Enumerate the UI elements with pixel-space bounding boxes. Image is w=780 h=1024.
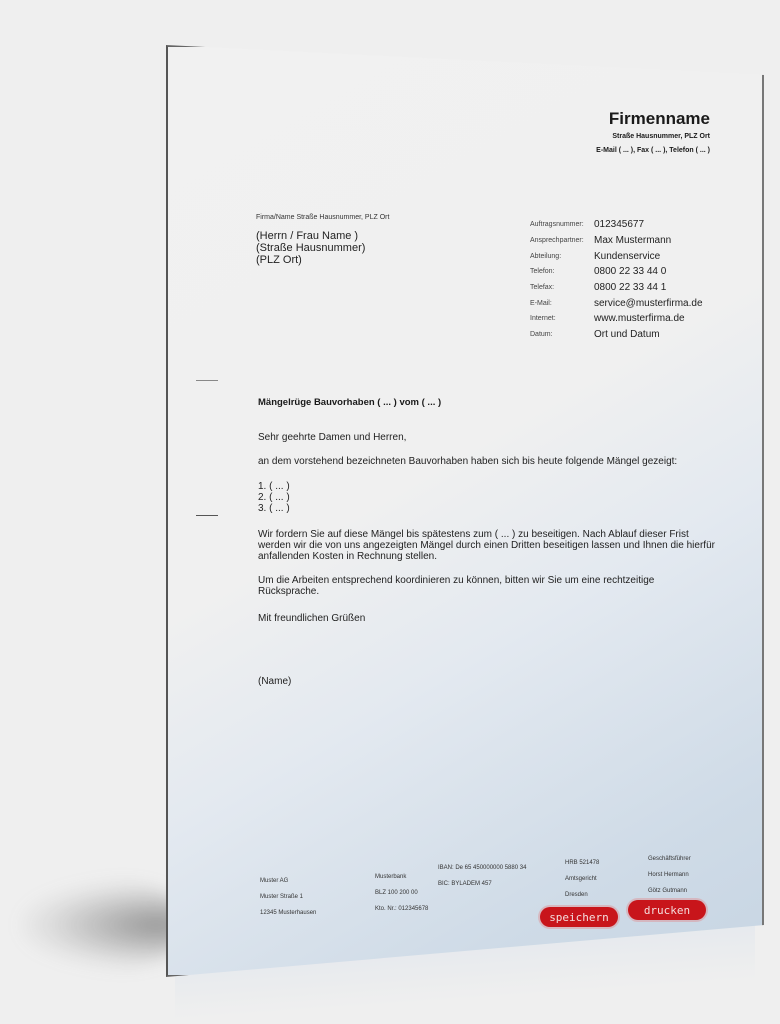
defect-item-1: 1. ( ... ): [258, 481, 290, 492]
footer-iban: IBAN: De 65 450000000 5880 34 BIC: BYLAD…: [438, 860, 526, 892]
footer-company-street: Muster Straße 1: [260, 889, 316, 905]
intro-paragraph: an dem vorstehend bezeichneten Bauvorhab…: [258, 456, 677, 467]
meta-row-website: Internet:www.musterfirma.de: [530, 311, 703, 327]
recipient-name: (Herrn / Frau Name ): [256, 230, 358, 242]
meta-value: 012345677: [594, 219, 644, 230]
fold-mark-top: [196, 380, 218, 381]
footer-company-name: Muster AG: [260, 873, 316, 889]
footer-bank: Musterbank BLZ 100 200 00 Kto. Nr.: 0123…: [375, 869, 428, 917]
meta-label: Datum:: [530, 331, 594, 338]
coordination-paragraph-line-1: Um die Arbeiten entsprechend koordiniere…: [258, 575, 654, 586]
footer-register: HRB 521478 Amtsgericht Dresden: [565, 855, 599, 903]
fold-mark-middle: [196, 515, 218, 516]
deadline-paragraph-line-2: werden wir die von uns angezeigten Mänge…: [258, 540, 715, 551]
letter-subject: Mängelrüge Bauvorhaben ( ... ) vom ( ...…: [258, 397, 441, 408]
meta-row-phone: Telefon:0800 22 33 44 0: [530, 264, 703, 280]
salutation: Sehr geehrte Damen und Herren,: [258, 432, 406, 443]
meta-row-department: Abteilung:Kundenservice: [530, 248, 703, 264]
meta-label: Internet:: [530, 315, 594, 322]
footer-management-label: Geschäftsführer: [648, 851, 691, 867]
recipient-city: (PLZ Ort): [256, 254, 302, 266]
meta-row-fax: Telefax:0800 22 33 44 1: [530, 280, 703, 296]
page-shadow: [20, 880, 190, 970]
meta-row-order-number: Auftragsnummer:012345677: [530, 217, 703, 233]
meta-label: Abteilung:: [530, 253, 594, 260]
footer-management: Geschäftsführer Horst Hermann Götz Gutma…: [648, 851, 691, 899]
meta-row-date: Datum:Ort und Datum: [530, 327, 703, 343]
footer-court-label: Amtsgericht: [565, 871, 599, 887]
signature-name: (Name): [258, 676, 291, 687]
coordination-paragraph-line-2: Rücksprache.: [258, 586, 319, 597]
letter-page: Firmenname Straße Hausnummer, PLZ Ort E-…: [166, 45, 764, 977]
footer-bank-code: BLZ 100 200 00: [375, 885, 428, 901]
meta-value: Ort und Datum: [594, 329, 660, 340]
deadline-paragraph-line-1: Wir fordern Sie auf diese Mängel bis spä…: [258, 529, 689, 540]
defect-item-2: 2. ( ... ): [258, 492, 290, 503]
company-contact: E-Mail ( ... ), Fax ( ... ), Telefon ( .…: [596, 147, 710, 154]
footer-court-city: Dresden: [565, 887, 599, 903]
recipient-street: (Straße Hausnummer): [256, 242, 365, 254]
stage: Firmenname Straße Hausnummer, PLZ Ort E-…: [0, 0, 780, 1024]
footer-company-city: 12345 Musterhausen: [260, 905, 316, 921]
footer-bank-name: Musterbank: [375, 869, 428, 885]
company-name: Firmenname: [609, 109, 710, 129]
meta-row-email: E-Mail:service@musterfirma.de: [530, 295, 703, 311]
footer-manager-1: Horst Hermann: [648, 867, 691, 883]
meta-value: 0800 22 33 44 1: [594, 282, 666, 293]
sender-line: Firma/Name Straße Hausnummer, PLZ Ort: [256, 214, 389, 221]
footer-account-number: Kto. Nr.: 012345678: [375, 901, 428, 917]
meta-label: Ansprechpartner:: [530, 237, 594, 244]
meta-value: Kundenservice: [594, 251, 660, 262]
meta-value: service@musterfirma.de: [594, 298, 703, 309]
footer-bic-value: BIC: BYLADEM 457: [438, 876, 526, 892]
footer-company: Muster AG Muster Straße 1 12345 Musterha…: [260, 873, 316, 921]
meta-label: Telefon:: [530, 268, 594, 275]
footer-manager-2: Götz Gutmann: [648, 883, 691, 899]
print-button[interactable]: drucken: [628, 900, 706, 920]
reference-block: Auftragsnummer:012345677 Ansprechpartner…: [530, 217, 703, 343]
company-address: Straße Hausnummer, PLZ Ort: [612, 133, 710, 140]
meta-label: Auftragsnummer:: [530, 221, 594, 228]
meta-value: www.musterfirma.de: [594, 313, 685, 324]
closing: Mit freundlichen Grüßen: [258, 613, 365, 624]
footer-iban-value: IBAN: De 65 450000000 5880 34: [438, 860, 526, 876]
deadline-paragraph-line-3: anfallenden Kosten in Rechnung stellen.: [258, 551, 437, 562]
meta-label: E-Mail:: [530, 300, 594, 307]
meta-row-contact-person: Ansprechpartner:Max Mustermann: [530, 233, 703, 249]
defect-item-3: 3. ( ... ): [258, 503, 290, 514]
footer-hrb: HRB 521478: [565, 855, 599, 871]
meta-value: Max Mustermann: [594, 235, 671, 246]
meta-label: Telefax:: [530, 284, 594, 291]
meta-value: 0800 22 33 44 0: [594, 266, 666, 277]
save-button[interactable]: speichern: [540, 907, 618, 927]
